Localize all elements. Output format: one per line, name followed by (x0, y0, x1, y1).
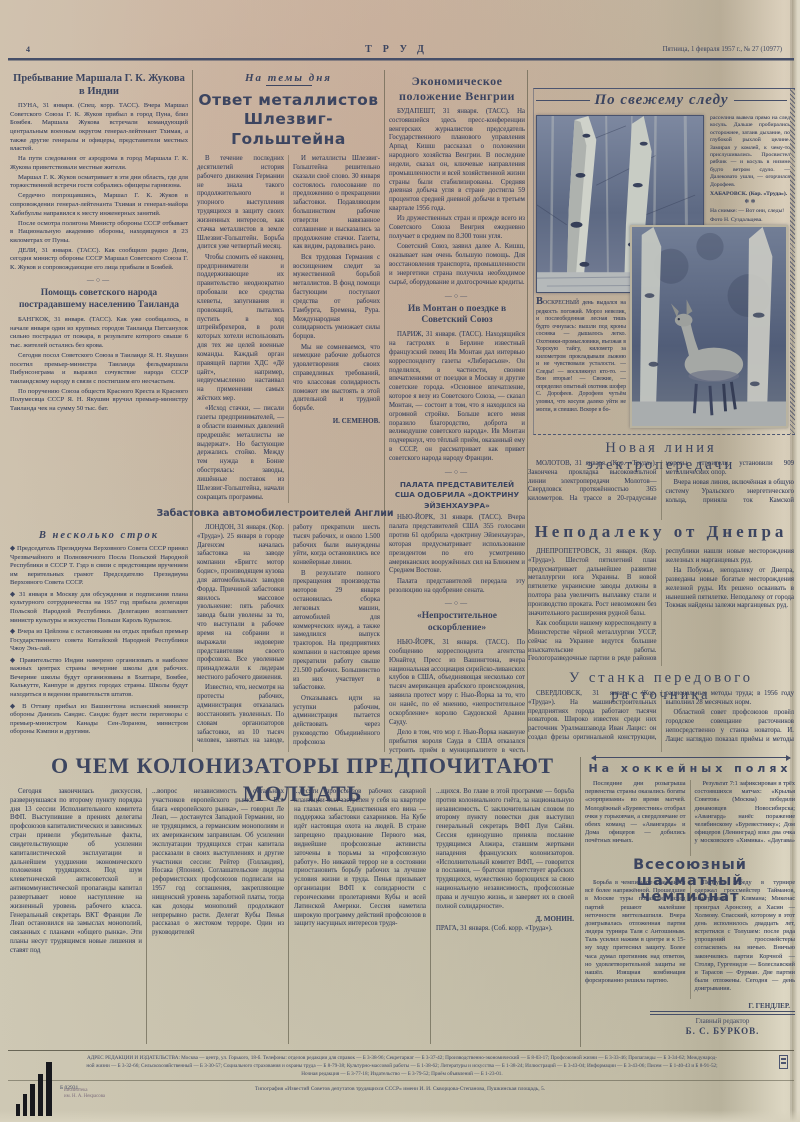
header-rule (8, 58, 794, 62)
paragraph: ...щихся. Во главе в этой программе — бо… (436, 788, 574, 912)
article-title-strike: Забастовка автомобилестроителей Англии (150, 508, 400, 519)
title-rule (536, 100, 590, 101)
photo-caption: На снимке: — Вот они, следы! (710, 208, 790, 215)
column-rule (580, 757, 581, 1047)
issue-date-line: Пятница, 1 февраля 1957 г., № 27 (10977) (663, 46, 782, 53)
article-signature: Г. ГЕНДЛЕР. (585, 1002, 790, 1010)
section-ornament: —○— (389, 468, 525, 476)
footer-address-line: АДРЕС РЕДАКЦИИ И ИЗДАТЕЛЬСТВА: Москва — … (72, 1055, 732, 1063)
paragraph: Советский Союз, заявил далее А. Кишш, ок… (389, 243, 525, 287)
feature-story: ВОСКРЕСНЫЙ день выдался на редкость пого… (536, 295, 626, 431)
article-title-hungary: Экономическое положение Венгрии (389, 74, 525, 104)
column-1-upper: Пребывание Маршала Г. К. Жукова в Индии … (10, 70, 188, 510)
paragraph: НЬЮ-ЙОРК, 31 января. (ТАСС). По сообщени… (389, 639, 525, 727)
article-body-hockey: Последние дни розыгрыша первенства стран… (585, 780, 795, 856)
paragraph: Чтобы сломить её наконец, предпринимател… (197, 254, 284, 404)
footer-rule (8, 1080, 794, 1081)
feature-dateline: ХАБАРОВСК. (Кор. «Труда»). (710, 191, 790, 198)
brief-item: ◆ Вчера из Цейлона с остановками на отды… (10, 628, 188, 654)
paragraph: БУДАПЕШТ, 31 января. (ТАСС). На состоявш… (389, 108, 525, 214)
column-rule (430, 788, 431, 1044)
editor-label: Главный редактор (650, 1017, 795, 1025)
article-title-doctrine: ПАЛАТА ПРЕДСТАВИТЕЛЕЙ США ОДОБРИЛА «ДОКТ… (389, 480, 525, 512)
colonizers-col-4: ...щихся. Во главе в этой программе — бо… (436, 788, 574, 1046)
feature-side-text: расселина вывела прямо на след косуль. Д… (710, 115, 790, 225)
article-body-metalworkers: В течение последних десятилетий история … (197, 155, 380, 503)
editor-rule (650, 1011, 795, 1015)
paragraph: ...десяти профсоюзов рабочих сахарной пл… (294, 788, 426, 929)
article-signature: Д. МОНИН. (436, 915, 574, 924)
column-2-metalworkers: На темы дня Ответ металлистов Шлезвиг-Го… (197, 72, 380, 508)
paragraph: БАНГКОК, 31 января. (ТАСС). Как уже сооб… (10, 316, 188, 350)
brief-item: ◆ 31 января в Москву для обсуждения и по… (10, 591, 188, 625)
article-title-dnieper: Неподалеку от Днепра (528, 522, 794, 542)
column-3: Экономическое положение Венгрии БУДАПЕШТ… (389, 72, 525, 754)
paragraph: ВОСКРЕСНЫЙ день выдался на редкость пого… (536, 295, 626, 414)
ornament: ✻ ✻ (710, 199, 790, 206)
paper-bottom-fade (0, 1110, 800, 1122)
column-rule (384, 70, 385, 752)
press-mark (779, 1055, 788, 1069)
photo-feature-fresh-trail: По свежему следу (533, 88, 795, 435)
paragraph: ЛОНДОН, 31 января. (Кор. «Труда»). 25 ян… (197, 524, 284, 683)
article-body-borer: СВЕРДЛОВСК, 31 января. (Кор. «Труда»). Н… (528, 690, 794, 752)
paragraph: Сердечно попрощавшись, Маршал Г. К. Жуко… (10, 192, 188, 218)
footer-address-line: Ночная редакция — Б 3-77-18; Издательств… (72, 1071, 732, 1079)
paragraph: Маршал Г. К. Жуков осматривает в эти дни… (10, 174, 188, 191)
rubric-flourish (266, 85, 312, 86)
paragraph: ПАРИЖ, 31 января. (ТАСС). Находящийся на… (389, 331, 525, 463)
colonizers-col-2: ...вопрос независимость остальных участн… (152, 788, 284, 1044)
article-title-zhukov: Пребывание Маршала Г. К. Жукова в Индии (10, 72, 188, 98)
paragraph: На пути следования от аэродрома в город … (10, 155, 188, 172)
paragraph: ...вопрос независимость остальных участн… (152, 788, 284, 938)
paragraph: Из дружественных стран и прежде всего из… (389, 215, 525, 241)
paragraph: расселина вывела прямо на след косуль. Д… (710, 115, 790, 189)
column-1-briefs: В несколько строк ◆ Председатель Президи… (10, 530, 188, 754)
paragraph: ДНЕПРОПЕТРОВСК, 31 января. (Кор. «Труда»… (528, 548, 657, 619)
article-body-dnieper: ДНЕПРОПЕТРОВСК, 31 января. (Кор. «Труда»… (528, 548, 794, 666)
section-ornament: —○— (389, 599, 525, 607)
paragraph: Палата представителей передала эту резол… (389, 578, 525, 596)
section-ornament: —○— (389, 292, 525, 300)
article-signature: И. СЕМЕНОВ. (293, 417, 380, 426)
article-body-powerline: МОЛОТОВ, 31 января. (Кор. «Труда»). Зако… (528, 460, 794, 520)
editor-name: Б. С. БУРКОВ. (650, 1026, 795, 1036)
article-body-strike: ЛОНДОН, 31 января. (Кор. «Труда»). 25 ян… (197, 524, 380, 752)
newspaper-page: 4 ТРУД Пятница, 1 февраля 1957 г., № 27 … (0, 0, 800, 1122)
column-rule (288, 788, 289, 1044)
paragraph: В течение последних десятилетий история … (197, 155, 284, 252)
paragraph: Сегодня закончилась дискуссия, развернув… (10, 788, 142, 956)
paragraph: На Побужье, неподалеку от Днепра, развед… (666, 567, 795, 611)
paragraph: По поручению Союза обществ Красного Крес… (10, 388, 188, 414)
paragraph: Дело в том, что мэр г. Нью-Йорка наканун… (389, 729, 525, 754)
library-stamp-line: им. Н. А. Некрасова (64, 1094, 105, 1100)
section-ornament: —○— (10, 276, 188, 284)
paragraph: После осмотра полигона Министр обороны С… (10, 220, 188, 246)
roe-deer-photo (630, 225, 788, 428)
colonizers-col-1: Сегодня закончилась дискуссия, развернув… (10, 788, 142, 1044)
brief-item: ◆ Председатель Президиума Верховного Сов… (10, 545, 188, 588)
photo-credit: Фото Н. Суздальцева. (710, 217, 790, 224)
library-stamp-text: Библиотека им. Н. А. Некрасова (64, 1088, 105, 1101)
paragraph: «Исход стачки, — писали газеты предприни… (197, 405, 284, 502)
paragraph: НЬЮ-ЙОРК, 31 января. (ТАСС). Вчера палат… (389, 514, 525, 576)
library-barcode-mark (16, 1062, 52, 1116)
decorative-hatch-border (790, 89, 795, 434)
paragraph: ДЕЛИ, 31 января. (ТАСС). Как сообщило ра… (10, 247, 188, 273)
paragraph: Борьба в чемпионате становится всё более… (585, 879, 686, 985)
column-rule (192, 70, 193, 752)
paragraph: Сегодня посол Советского Союза в Таиланд… (10, 352, 188, 386)
article-title-insult: «Непростительное оскорбление» (389, 611, 525, 635)
typography-line: Типография «Известий Советов депутатов т… (150, 1086, 650, 1092)
paragraph: Последние дни розыгрыша первенства стран… (585, 780, 686, 845)
brief-item: ◆ Правительство Индии намерено организов… (10, 657, 188, 700)
rubric-na-temy-dnya: На темы дня (197, 72, 380, 84)
footer-address-line: ной жизни — Б 3-32-66; Сельскохозяйствен… (72, 1063, 732, 1071)
article-title-metalworkers: Ответ металлистов Шлезвиг-Гольштейна (197, 91, 380, 149)
article-body-chess: Борьба в чемпионате становится всё более… (585, 879, 795, 999)
paragraph: Первую победу в турнире одержал гроссмей… (695, 879, 796, 993)
title-rule (734, 100, 788, 101)
paragraph: Мы не сомневаемся, что немецкие рабочие … (293, 344, 380, 415)
rubric-briefs: В несколько строк (10, 530, 188, 541)
paragraph: ПУНА, 31 января. (Спец. корр. ТАСС). Вче… (10, 102, 188, 153)
article-title-hockey: На хоккейных полях (585, 762, 795, 775)
footer-address: АДРЕС РЕДАКЦИИ И ИЗДАТЕЛЬСТВА: Москва — … (72, 1055, 732, 1078)
paragraph: Результат 7:1 зафиксирован в трёх состоя… (695, 780, 796, 856)
footer-rule (8, 1050, 794, 1051)
article-title-montand: Ив Монтан о поездке в Советский Союз (389, 304, 525, 328)
brief-item: ◆ В Оттаву прибыл из Вашингтона испански… (10, 703, 188, 737)
article-title-thailand: Помощь советского народа пострадавшему н… (10, 288, 188, 312)
feature-title: По свежему следу (595, 92, 729, 109)
paragraph: В результате полного прекращения произво… (293, 570, 380, 694)
column-rule (146, 788, 147, 1044)
section-rule-arrows (592, 757, 790, 758)
colonizers-col-3: ...десяти профсоюзов рабочих сахарной пл… (294, 788, 426, 1044)
paragraph: И металлисты Шлезвиг-Гольштейна решитель… (293, 155, 380, 252)
article-dateline: ПРАГА, 31 января. (Соб. корр. «Труда»). (436, 925, 574, 934)
paragraph: Вся трудовая Германия с восхищением след… (293, 254, 380, 342)
